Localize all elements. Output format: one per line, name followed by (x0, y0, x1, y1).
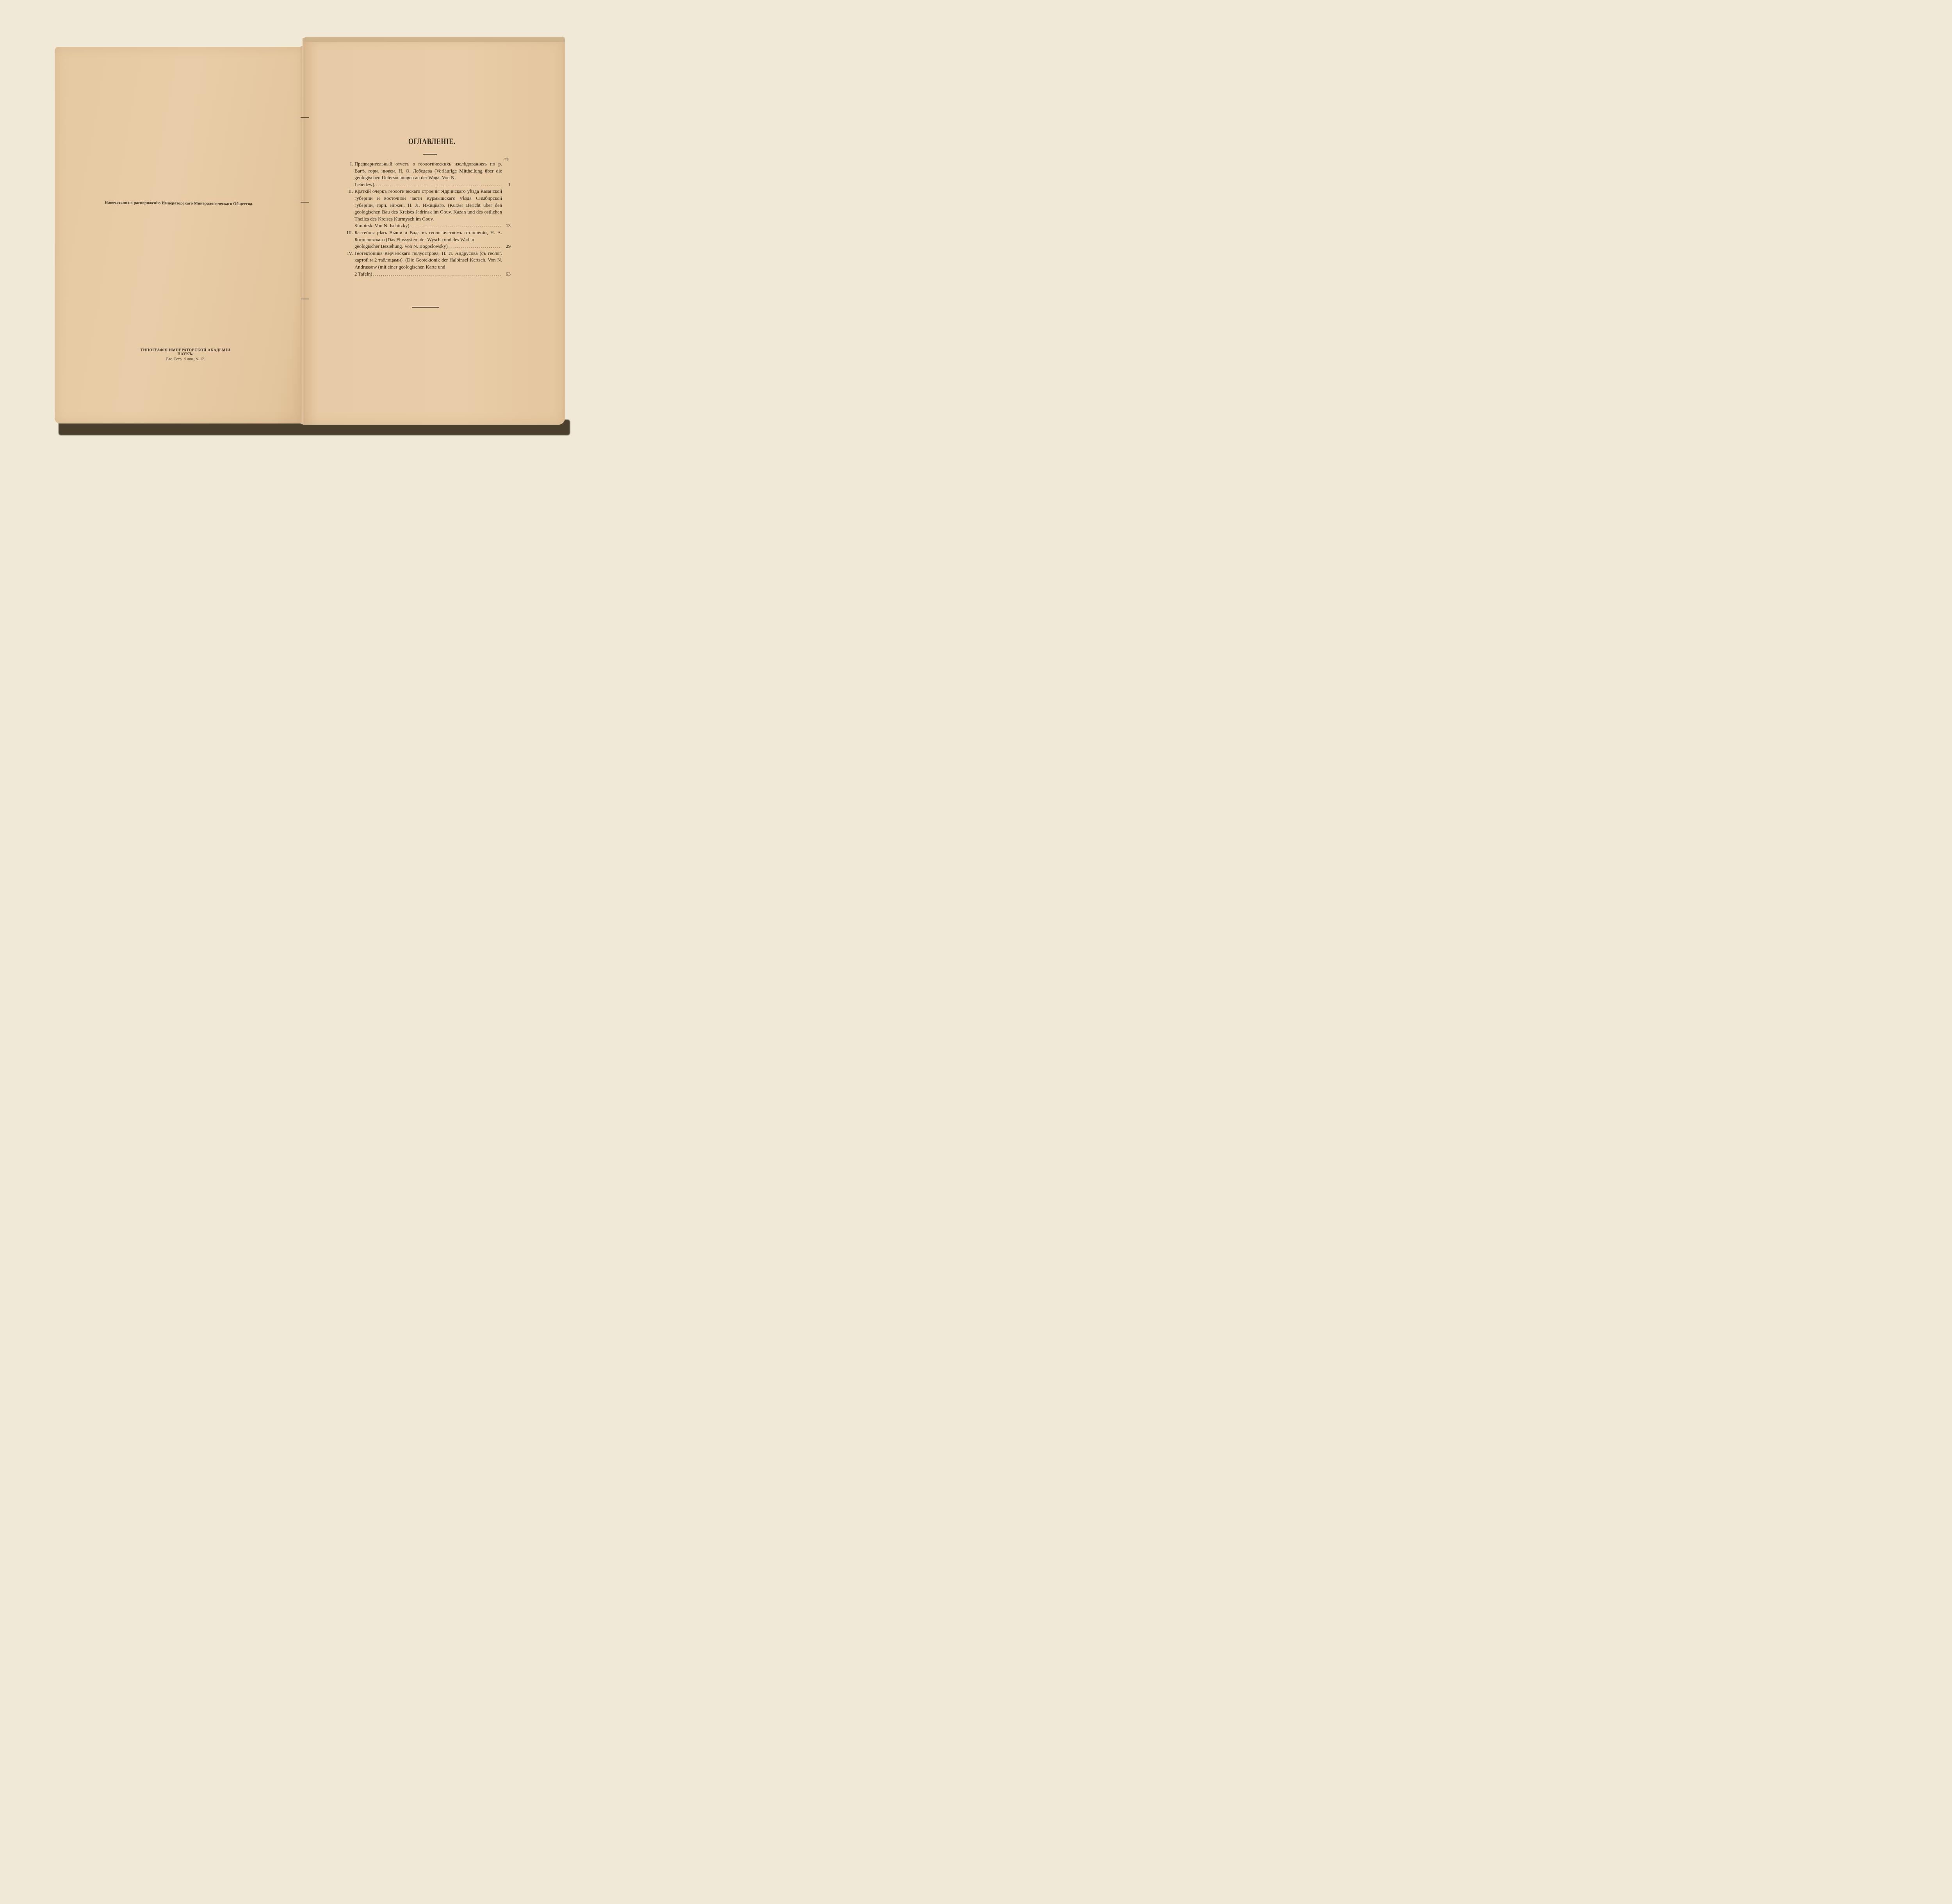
toc-entry-text: Предварительный отчетъ о геологическихъ … (354, 161, 502, 182)
toc-entry-last-line: Simbirsk. Von N. Ischitzky). (354, 222, 411, 230)
title-divider (423, 154, 437, 155)
toc-leader-dots: ........................................… (376, 182, 502, 189)
toc-entry-page: 1 (501, 182, 511, 189)
toc-entry-text: Бассейны рѣкъ Выши и Вада въ геологическ… (354, 230, 502, 243)
table-of-contents: I. Предварительный отчетъ о геологически… (339, 161, 511, 278)
toc-entry-number: IV. (339, 250, 354, 278)
toc-entry: II. Краткій очеркъ геологическаго строен… (339, 188, 511, 230)
toc-entry-number: III. (339, 230, 354, 250)
left-page (55, 47, 305, 424)
toc-leader-dots: ........................................… (411, 222, 501, 230)
toc-entry-last-line: Lebedew). (354, 182, 376, 189)
toc-leader-dots: ........................................… (449, 243, 501, 250)
printer-address: Вас. Остр., 9 лин., № 12. (133, 358, 238, 361)
page-column-label: стр. (504, 157, 509, 161)
binding-stitch (301, 117, 309, 118)
toc-entry: III. Бассейны рѣкъ Выши и Вада въ геолог… (339, 230, 511, 250)
binding-stitch (301, 299, 309, 299)
end-divider (412, 307, 439, 308)
toc-entry-last-line: 2 Tafeln) (354, 271, 372, 278)
printer-block: ТИПОГРАФІЯ ИМПЕРАТОРСКОЙ АКАДЕМІИ НАУКЪ.… (133, 349, 238, 361)
toc-entry: I. Предварительный отчетъ о геологически… (339, 161, 511, 188)
toc-entry-page: 29 (501, 243, 511, 250)
toc-entry-last-line: geologischer Beziehung. Von N. Bogoslows… (354, 243, 448, 250)
toc-entry: IV. Геотектоника Керченскаго полуострова… (339, 250, 511, 278)
book-spine-gutter (301, 46, 305, 424)
toc-entry-text: Краткій очеркъ геологическаго строенія Я… (354, 188, 502, 222)
toc-entry-number: I. (339, 161, 354, 188)
binding-stitch (301, 202, 309, 203)
toc-entry-page: 63 (501, 271, 511, 278)
page-title: ОГЛАВЛЕНІЕ. (408, 137, 452, 146)
printer-name: ТИПОГРАФІЯ ИМПЕРАТОРСКОЙ АКАДЕМІИ НАУКЪ. (133, 349, 238, 356)
toc-entry-number: II. (339, 188, 354, 230)
toc-entry-text: Геотектоника Керченскаго полуострова, Н.… (354, 250, 502, 271)
toc-leader-dots: ........................................… (373, 271, 501, 278)
toc-entry-page: 13 (501, 222, 511, 230)
